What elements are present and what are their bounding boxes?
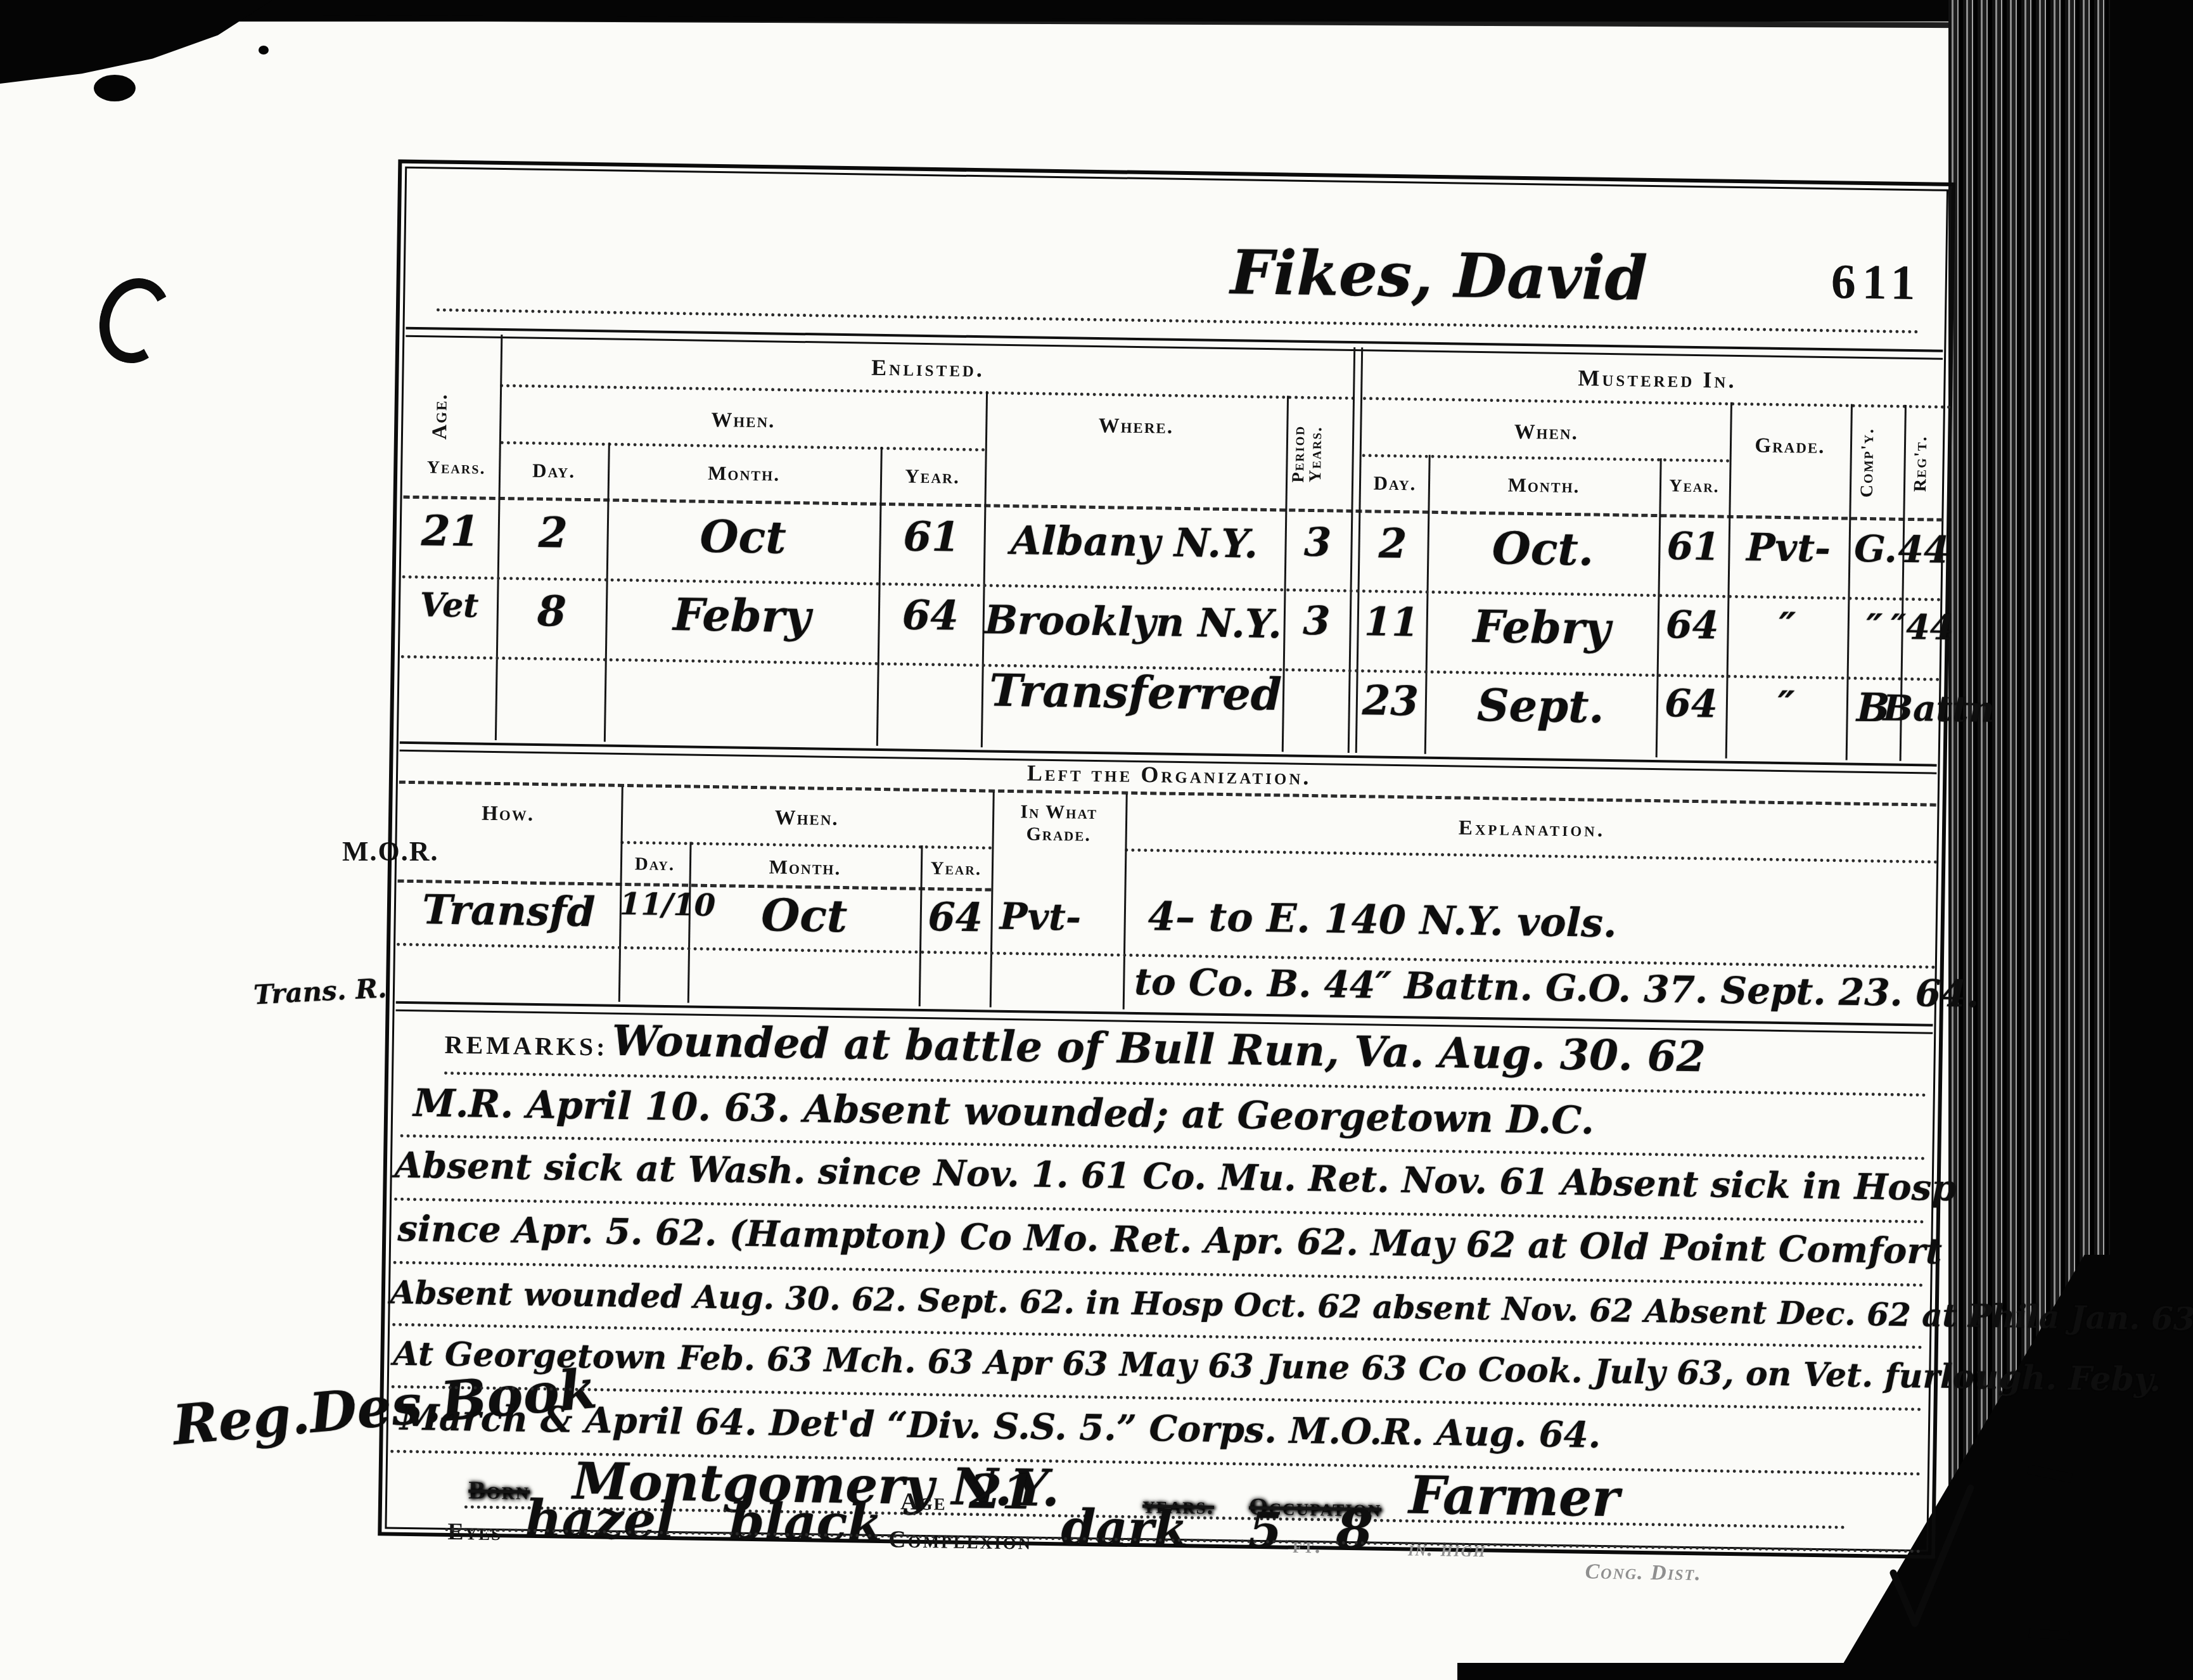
row1-day: 2 bbox=[499, 507, 607, 558]
mday-colhead: Day. bbox=[1362, 471, 1429, 496]
explanation-header: Explanation. bbox=[1125, 812, 1938, 847]
hair-value: black bbox=[729, 1492, 883, 1554]
row2-month: Febry bbox=[605, 587, 878, 643]
height-feet-value: 5 bbox=[1248, 1502, 1282, 1559]
lo-year: 64 bbox=[919, 894, 991, 941]
scanned-record-page: M.O.R. Trans. R. Reg.Des.Book Fikes, Dav… bbox=[0, 0, 2193, 1680]
row1-period: 3 bbox=[1284, 518, 1351, 566]
enlisted-mustered-table: Enlisted. Mustered In. When. Where. When… bbox=[400, 333, 1945, 762]
grid-rule bbox=[501, 441, 985, 451]
ft-label: ft. bbox=[1293, 1534, 1322, 1559]
lo-grade: Pvt- bbox=[990, 895, 1133, 940]
complexion-label: Complexion bbox=[888, 1525, 1033, 1555]
row3-mday: 23 bbox=[1355, 677, 1425, 726]
soldier-name: Fikes, David bbox=[1230, 236, 1648, 314]
eyes-label: Eyes bbox=[447, 1518, 502, 1546]
mustered-when-header: When. bbox=[1362, 418, 1730, 447]
how-header: How. bbox=[399, 801, 618, 828]
row1-mday: 2 bbox=[1358, 520, 1428, 568]
scan-bottom-edge bbox=[1457, 1663, 2193, 1680]
row1-year: 61 bbox=[879, 513, 984, 561]
enlisted-when-header: When. bbox=[501, 406, 985, 436]
lo-day-colhead: Day. bbox=[620, 854, 689, 876]
lo-month: Oct bbox=[688, 887, 920, 943]
enlisted-header: Enlisted. bbox=[500, 349, 1355, 388]
grid-rule bbox=[1125, 849, 1938, 864]
row3-myear: 64 bbox=[1656, 681, 1726, 727]
scan-spot bbox=[259, 46, 269, 55]
grid-rule bbox=[1362, 454, 1730, 463]
compy-header: Comp'y. bbox=[1857, 407, 1879, 518]
row2-mmonth: Febry bbox=[1426, 600, 1658, 655]
scan-corner-blob bbox=[0, 0, 272, 84]
lo-year-colhead: Year. bbox=[921, 858, 992, 880]
complexion-value: dark bbox=[1061, 1499, 1189, 1558]
scan-spot bbox=[94, 75, 136, 101]
month-colhead: Month. bbox=[608, 461, 880, 487]
eyes-value: hazel bbox=[525, 1489, 675, 1551]
row2-age: Vet bbox=[402, 586, 497, 625]
grid-rule bbox=[620, 841, 992, 850]
row2-where: Brooklyn N.Y. bbox=[982, 596, 1284, 647]
lo-explanation-2: to Co. B. 44″ Battn. G.O. 37. Sept. 23. … bbox=[1134, 960, 1980, 1016]
left-organization-table: How. When. In What Grade. Explanation. D… bbox=[396, 783, 1939, 1022]
row2-myear: 64 bbox=[1657, 603, 1727, 648]
row1-compy: G. bbox=[1848, 527, 1903, 571]
row3-regt: Battn bbox=[1883, 687, 1959, 730]
row1-grade: Pvt- bbox=[1728, 525, 1849, 572]
row3-grade: ″ bbox=[1725, 683, 1846, 729]
born-label: Born bbox=[468, 1475, 530, 1505]
lo-day: 11/10 bbox=[620, 887, 689, 923]
row3-mmonth: Sept. bbox=[1424, 678, 1656, 734]
row2-grade: ″ bbox=[1727, 604, 1848, 650]
age-value: 21 bbox=[969, 1465, 1035, 1520]
enlisted-where-header: Where. bbox=[985, 413, 1286, 440]
margin-trans-r-note: Trans. R. bbox=[253, 973, 388, 1011]
row2-mday: 11 bbox=[1357, 598, 1426, 646]
lo-explanation-1: 4– to E. 140 N.Y. vols. bbox=[1148, 893, 1617, 946]
row1-regt: 44 bbox=[1898, 528, 1949, 572]
scan-ring-artifact bbox=[89, 269, 180, 371]
row1-where: Albany N.Y. bbox=[983, 516, 1285, 567]
row1-mmonth: Oct. bbox=[1427, 521, 1659, 577]
remarks-label: REMARKS: bbox=[444, 1030, 608, 1062]
years-colhead: Years. bbox=[415, 458, 497, 479]
grade-header: Grade. bbox=[1730, 434, 1851, 459]
day-colhead: Day. bbox=[500, 459, 608, 484]
year-colhead: Year. bbox=[880, 465, 985, 489]
row2-year: 64 bbox=[878, 591, 983, 640]
lo-how: Transfd bbox=[400, 886, 617, 937]
mustered-in-header: Mustered In. bbox=[1363, 361, 1952, 397]
height-inches-value: 8 bbox=[1336, 1498, 1374, 1561]
when-header: When. bbox=[621, 804, 992, 833]
row1-myear: 61 bbox=[1658, 524, 1729, 570]
row2-regt: ″44 bbox=[1890, 606, 1954, 648]
mmonth-colhead: Month. bbox=[1428, 473, 1659, 499]
regt-header: Reg't. bbox=[1910, 407, 1932, 519]
row2-period: 3 bbox=[1283, 597, 1350, 644]
row2-day: 8 bbox=[497, 586, 606, 637]
cong-dist-label: Cong. Dist. bbox=[1585, 1560, 1702, 1586]
grid-rule bbox=[500, 384, 1355, 400]
in-high-label: in. high bbox=[1408, 1537, 1487, 1562]
muster-roll-card: Fikes, David 611 Enlisted. Mustered In. … bbox=[378, 160, 1955, 1559]
in-what-grade-header: In What Grade. bbox=[992, 801, 1126, 847]
row1-month: Oct bbox=[606, 509, 879, 565]
period-years-header: Period Years. bbox=[1289, 398, 1325, 510]
row1-age: 21 bbox=[402, 506, 498, 556]
row3-where: Transferred bbox=[958, 664, 1314, 721]
lo-month-colhead: Month. bbox=[689, 854, 921, 880]
card-number: 611 bbox=[1831, 253, 1922, 311]
myear-colhead: Year. bbox=[1659, 476, 1729, 497]
